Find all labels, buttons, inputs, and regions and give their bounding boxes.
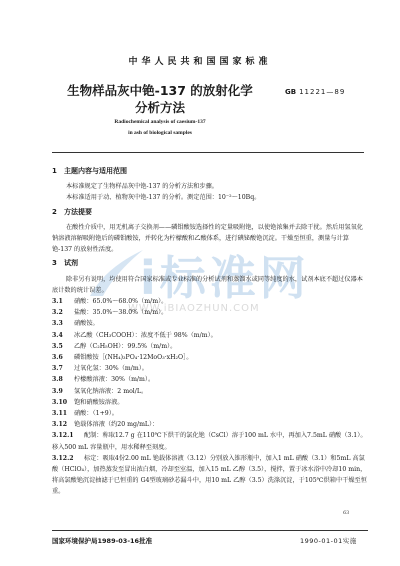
english-title: Radiochemical analysis of caesium-137 in… <box>60 117 260 139</box>
page-number: 63 <box>343 510 349 516</box>
list-item: 3.1硝酸：65.0%～68.0%（m/m）。 <box>52 296 368 307</box>
section-heading: 2方法提要 <box>52 207 368 218</box>
list-item: 3.10饱和硝酸铵溶液。 <box>52 397 368 408</box>
sub-item: 3.12.1配制：称取12.7 g 在110℃下烘干的氯化铯（CsCl）溶于10… <box>52 430 368 452</box>
list-item: 3.5乙醇（C₂H₅OH）：99.5%（m/m）。 <box>52 341 368 352</box>
title-line-1: 生物样品灰中铯-137 的放射化学 <box>60 82 260 99</box>
list-item: 3.6磷钼酸铵［(NH₄)₃PO₄·12MoO₃·xH₂O］。 <box>52 352 368 363</box>
paragraph: 本标准规定了生物样品灰中铯-137 的分析方法和步骤。 <box>52 181 368 192</box>
gb-prefix: GB <box>285 88 296 96</box>
english-title-line-2: in ash of biological samples <box>60 128 260 139</box>
paragraph: 在酸性介质中，用无机离子交换剂——磷钼酸铵选择性的定量吸附铯，以使铯浓集并去除干… <box>52 222 368 256</box>
section-heading: 3试剂 <box>52 258 368 269</box>
list-item: 3.3硝酸铵。 <box>52 318 368 329</box>
list-item: 3.12铯载体溶液（约20 mg/mL）： <box>52 419 368 430</box>
national-standard-heading: 中华人民共和国国家标准 <box>0 54 400 67</box>
list-item: 3.9氢氧化钠溶液：2 mol/L。 <box>52 386 368 397</box>
list-item: 3.2盐酸：35.0%～38.0%（m/m）。 <box>52 307 368 318</box>
paragraph: 除非另有说明，均使用符合国家标准或专业标准的分析试剂和蒸馏水或同等纯度的水，试剂… <box>52 274 368 296</box>
section-heading: 1主题内容与适用范围 <box>52 166 368 177</box>
paragraph: 本标准适用于动、植物灰中铯-137 的分析。测定范围：10⁻²～10Bq。 <box>52 192 368 203</box>
standard-code: GB11221—89 <box>285 88 345 96</box>
header-divider <box>52 152 364 153</box>
list-item: 3.8柠檬酸溶液：30%（m/m）。 <box>52 374 368 385</box>
section-3: 3试剂 除非另有说明，均使用符合国家标准或专业标准的分析试剂和蒸馏水或同等纯度的… <box>52 258 368 497</box>
footer-divider <box>52 530 368 531</box>
document-body: 1主题内容与适用范围 本标准规定了生物样品灰中铯-137 的分析方法和步骤。 本… <box>52 163 368 498</box>
approval-date: 国家环境保护局1989-03-16批准 <box>52 536 152 545</box>
gb-number: 11221—89 <box>299 88 345 96</box>
list-item: 3.4冰乙酸（CH₃COOH）：浓度不低于 98%（m/m）。 <box>52 330 368 341</box>
english-title-line-1: Radiochemical analysis of caesium-137 <box>60 117 260 128</box>
document-title: 生物样品灰中铯-137 的放射化学 分析方法 <box>60 82 260 116</box>
effective-date: 1990-01-01实施 <box>300 536 357 545</box>
title-line-2: 分析方法 <box>60 99 260 116</box>
section-2: 2方法提要 在酸性介质中，用无机离子交换剂——磷钼酸铵选择性的定量吸附铯，以使铯… <box>52 207 368 256</box>
list-item: 3.7过氧化氢：30%（m/m）。 <box>52 363 368 374</box>
section-1: 1主题内容与适用范围 本标准规定了生物样品灰中铯-137 的分析方法和步骤。 本… <box>52 166 368 204</box>
list-item: 3.11硝酸：（1+9）。 <box>52 408 368 419</box>
sub-item: 3.12.2标定：吸取4份2.00 mL 铯载体溶液（3.12）分别放入锥形瓶中… <box>52 453 368 498</box>
